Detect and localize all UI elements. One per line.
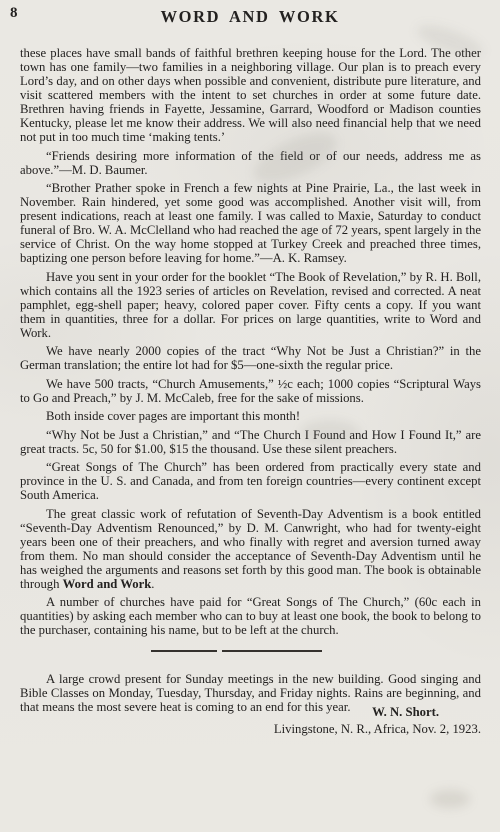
paragraph: A number of churches have paid for “Grea…	[20, 595, 481, 637]
text-run: “Why Not be Just a Christian,” and “The …	[20, 428, 481, 456]
text-run: We have nearly 2000 copies of the tract …	[20, 344, 481, 372]
paragraph: Have you sent in your order for the book…	[20, 270, 481, 340]
page-title: WORD AND WORK	[0, 7, 500, 27]
divider-segment	[222, 650, 322, 652]
text-run: A number of churches have paid for “Grea…	[20, 595, 481, 637]
paragraph: these places have small bands of faithfu…	[20, 46, 481, 144]
paragraph-list: these places have small bands of faithfu…	[20, 46, 481, 637]
paragraph: We have nearly 2000 copies of the tract …	[20, 344, 481, 372]
paragraph: “Friends desiring more information of th…	[20, 149, 481, 177]
text-run: We have 500 tracts, “Church Amusements,”…	[20, 377, 481, 405]
paragraph: The great classic work of refutation of …	[20, 507, 481, 591]
divider-segment	[151, 650, 217, 652]
page-header: 8 WORD AND WORK	[0, 0, 500, 31]
text-run: “Friends desiring more information of th…	[20, 149, 481, 177]
paragraph: “Great Songs of The Church” has been ord…	[20, 460, 481, 502]
paragraph: “Brother Prather spoke in French a few n…	[20, 181, 481, 265]
text-run: “Brother Prather spoke in French a few n…	[20, 181, 481, 265]
section-divider	[6, 650, 467, 652]
document-page: 8 WORD AND WORK these places have small …	[0, 0, 500, 832]
text-run: these places have small bands of faithfu…	[20, 46, 481, 144]
text-run: “Great Songs of The Church” has been ord…	[20, 460, 481, 502]
scan-smudge	[430, 790, 470, 808]
bold-text-run: Word and Work	[63, 577, 152, 591]
text-run: Have you sent in your order for the book…	[20, 270, 481, 340]
paragraph: We have 500 tracts, “Church Amusements,”…	[20, 377, 481, 405]
text-run: .	[151, 577, 154, 591]
article-body: these places have small bands of faithfu…	[20, 46, 481, 736]
page-number: 8	[10, 5, 18, 22]
paragraph: Both inside cover pages are important th…	[20, 409, 481, 423]
dateline: Livingstone, N. R., Africa, Nov. 2, 1923…	[20, 722, 481, 736]
paragraph: “Why Not be Just a Christian,” and “The …	[20, 428, 481, 456]
text-run: Both inside cover pages are important th…	[46, 409, 300, 423]
